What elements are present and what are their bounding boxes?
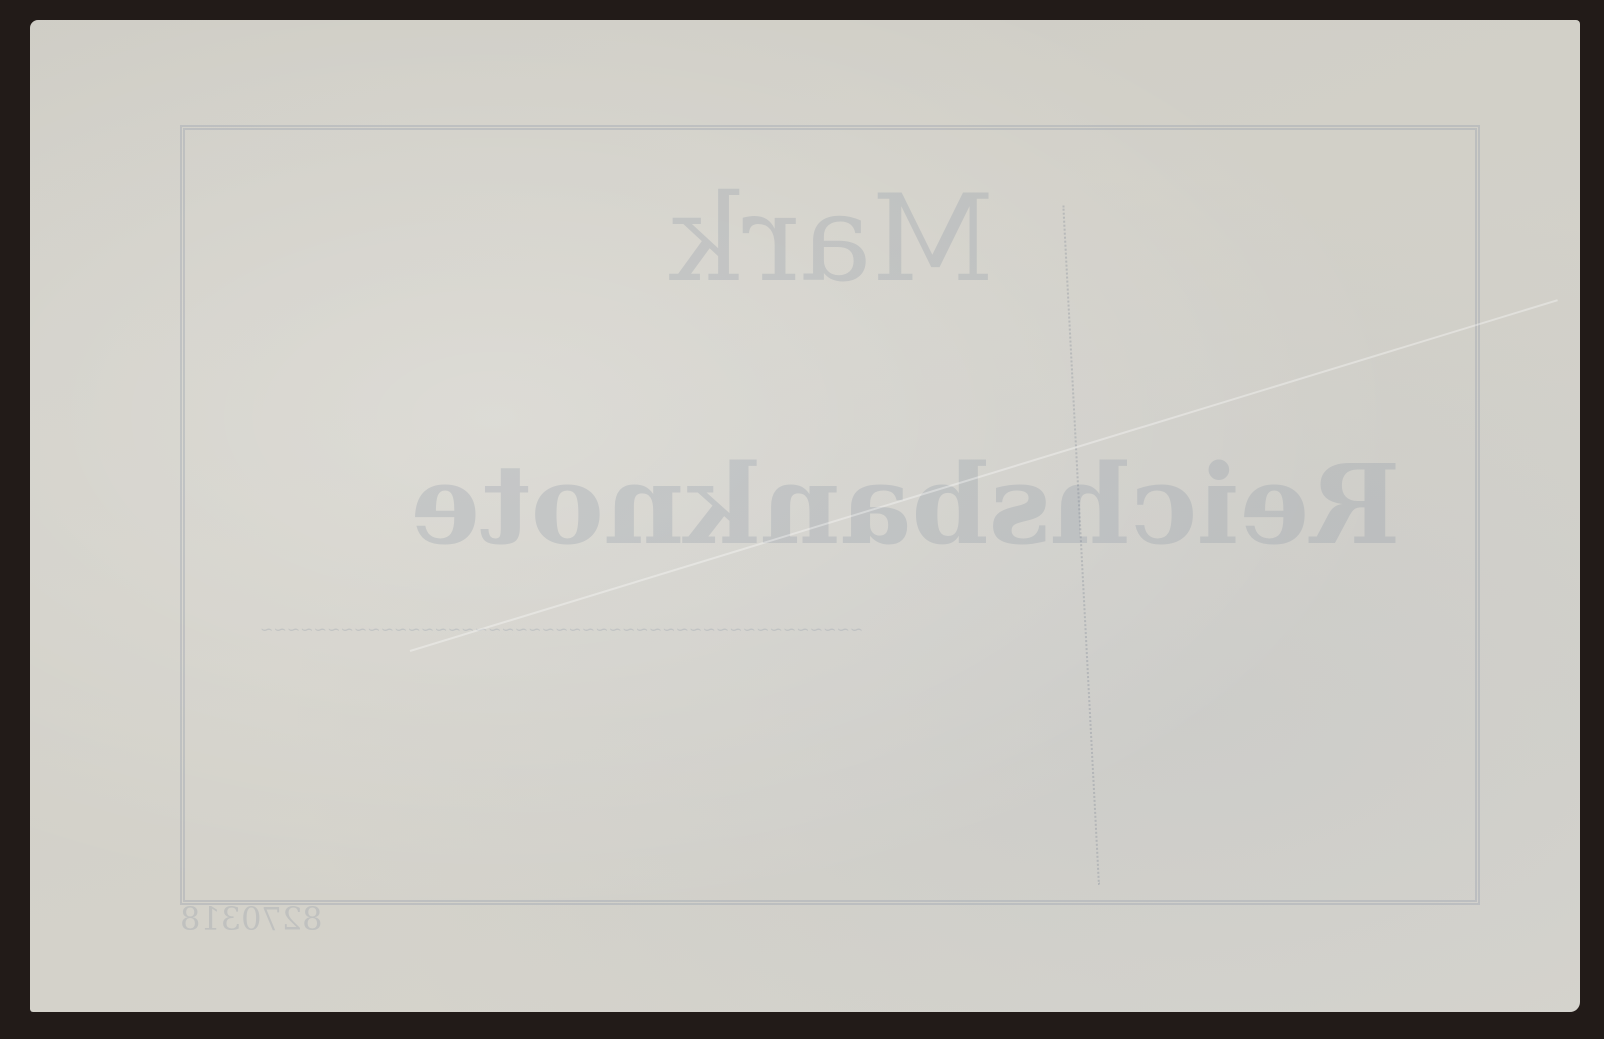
ghost-small-text: ~~~~~~~~~~~~~~~~~~~~~~~~~~~~~~~~~~~~~~~~… bbox=[260, 620, 863, 639]
ghost-serial-number: 8270318 bbox=[180, 900, 323, 938]
handwriting-bleedthrough bbox=[1062, 195, 1299, 885]
ghost-heading: Mark bbox=[670, 170, 995, 309]
banknote-paper: Mark Reichsbanknote ~~~~~~~~~~~~~~~~~~~~… bbox=[30, 20, 1580, 1012]
